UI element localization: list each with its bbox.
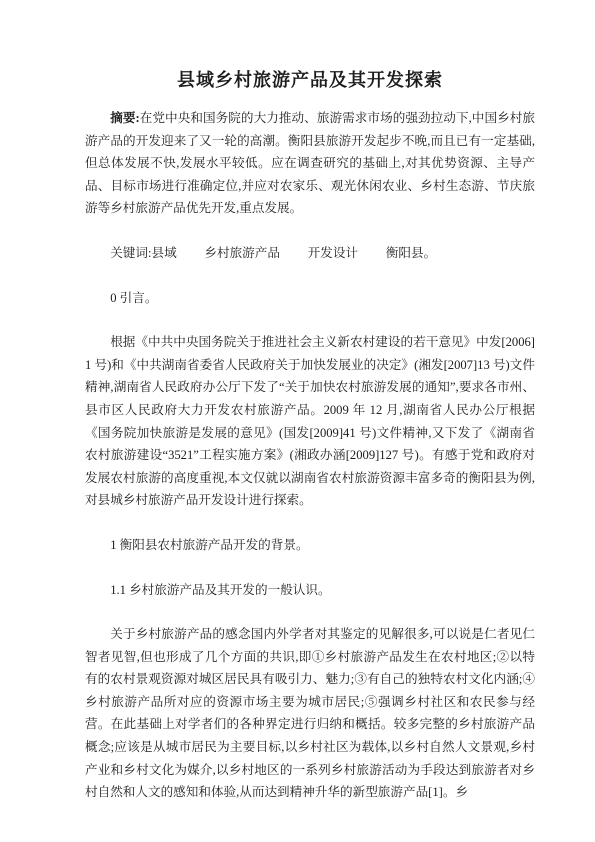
section-heading-introduction: 0 引言。 (85, 287, 535, 310)
keywords-line: 关键词:县域乡村旅游产品开发设计衡阳县。 (85, 242, 535, 265)
keyword-item: 开发设计 (308, 246, 358, 260)
abstract-label: 摘要: (110, 111, 140, 125)
keyword-item: 乡村旅游产品 (204, 246, 280, 260)
document-title: 县域乡村旅游产品及其开发探索 (85, 66, 535, 94)
section-heading-1-1: 1.1 乡村旅游产品及其开发的一般认识。 (85, 579, 535, 602)
document-page: 县域乡村旅游产品及其开发探索 摘要:在党中央和国务院的大力推动、旅游需求市场的强… (0, 0, 595, 842)
keyword-item: 衡阳县。 (386, 246, 436, 260)
paragraph-rural-tourism-concept: 关于乡村旅游产品的感念国内外学者对其鉴定的见解很多,可以说是仁者见仁智者见智,但… (85, 623, 535, 804)
paragraph-introduction: 根据《中共中央国务院关于推进社会主义新农村建设的若干意见》中发[2006]1 号… (85, 331, 535, 512)
section-heading-1: 1 衡阳县农村旅游产品开发的背景。 (85, 534, 535, 557)
keywords-label: 关键词: (110, 246, 151, 260)
abstract-text: 在党中央和国务院的大力推动、旅游需求市场的强劲拉动下,中国乡村旅游产品的开发迎来… (85, 111, 535, 215)
abstract-paragraph: 摘要:在党中央和国务院的大力推动、旅游需求市场的强劲拉动下,中国乡村旅游产品的开… (85, 107, 535, 220)
keyword-item: 县域 (151, 246, 176, 260)
